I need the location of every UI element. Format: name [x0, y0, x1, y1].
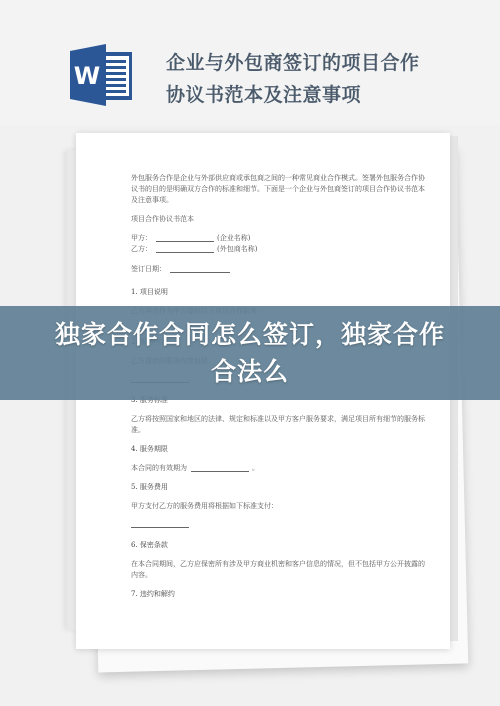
template-title: 项目合作协议书范本: [131, 214, 431, 225]
party-b-label: 乙方：: [131, 244, 152, 255]
section-heading: 4. 服务期限: [131, 444, 431, 455]
party-b-blank: [156, 252, 214, 253]
party-a-field: 甲方： (企业名称): [131, 233, 431, 244]
title-line-1: 企业与外包商签订的项目合作: [166, 47, 486, 79]
party-b-hint: (外包商名称): [217, 244, 257, 255]
term-blank: [191, 471, 249, 472]
section-heading: 6. 保密条款: [131, 540, 431, 551]
intro-paragraph: 外包服务合作是企业与外部供应商或承包商之间的一种常见商业合作模式。签署外包服务合…: [131, 173, 431, 206]
header: W 企业与外包商签订的项目合作 协议书范本及注意事项: [0, 0, 500, 125]
section-body: 本合同的有效期为 。: [131, 463, 431, 474]
sign-date-field: 签订日期：: [131, 264, 431, 275]
fee-blank: [131, 520, 189, 528]
title-line-2: 协议书范本及注意事项: [166, 79, 486, 111]
sign-date-blank: [170, 272, 230, 273]
section-heading: 7. 违约和解约: [131, 589, 431, 600]
section-body: 甲方支付乙方的服务费用将根据如下标准支付：: [131, 501, 431, 512]
section-heading: 5. 服务费用: [131, 482, 431, 493]
title-banner: 独家合作合同怎么签订，独家合作合法么: [0, 306, 500, 400]
party-a-hint: (企业名称): [217, 233, 250, 244]
section-body: 乙方将按照国家和地区的法律、规定和标准以及甲方客户服务要求，满足项目所有细节的服…: [131, 414, 431, 436]
party-a-blank: [156, 241, 214, 242]
sign-date-label: 签订日期：: [131, 264, 166, 275]
section-body: 在本合同期间，乙方应保密所有涉及甲方商业机密和客户信息的情况，但不包括甲方公开披…: [131, 559, 431, 581]
party-a-label: 甲方：: [131, 233, 152, 244]
svg-text:W: W: [74, 62, 100, 90]
word-document-icon: W: [68, 43, 136, 107]
banner-title: 独家合作合同怎么签订，独家合作合法么: [45, 316, 455, 390]
page-title: 企业与外包商签订的项目合作 协议书范本及注意事项: [166, 47, 486, 111]
party-b-field: 乙方： (外包商名称): [131, 244, 431, 255]
section-heading: 1. 项目说明: [131, 287, 431, 298]
